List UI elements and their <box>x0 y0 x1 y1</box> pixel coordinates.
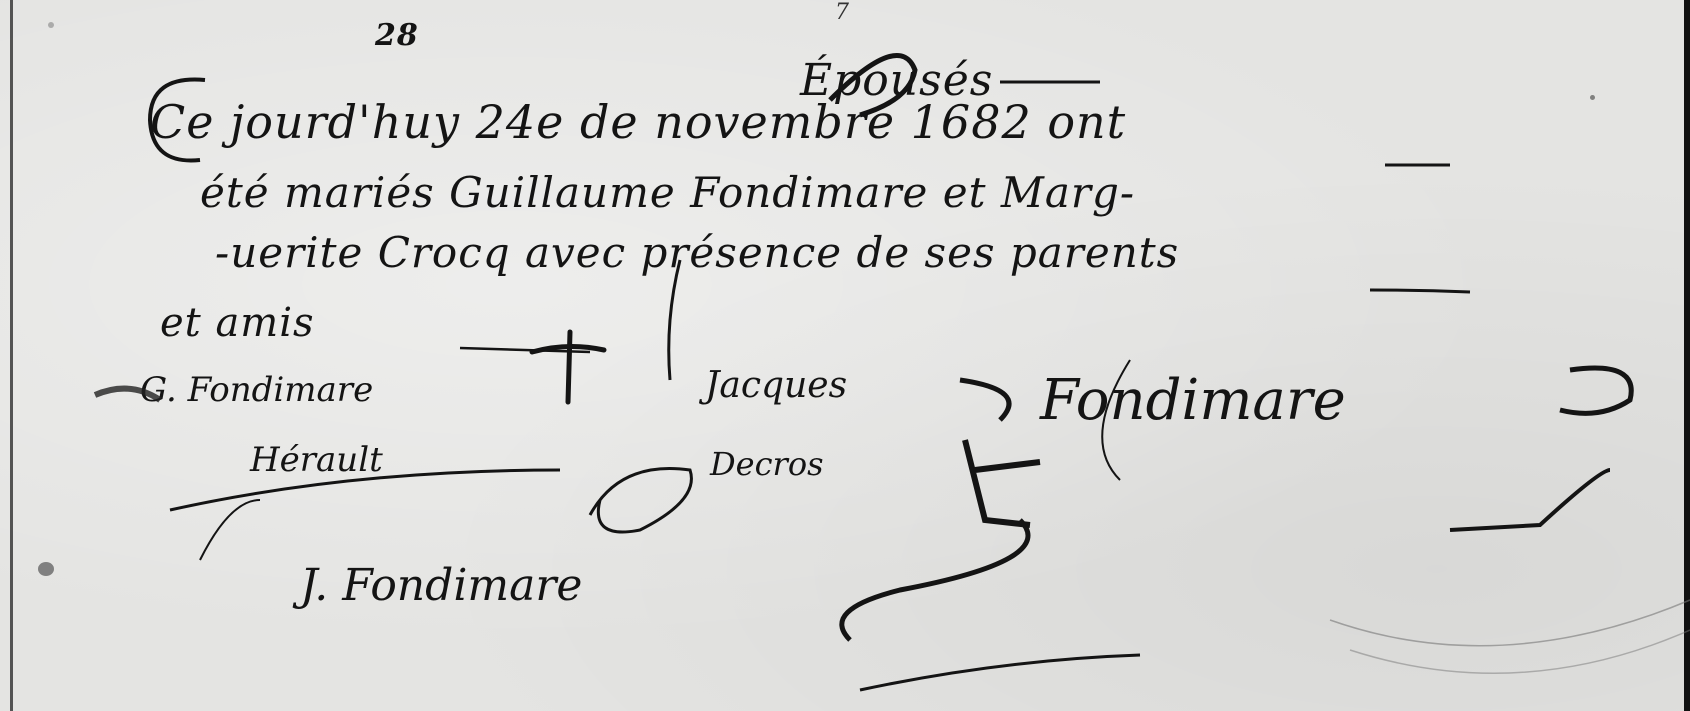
ink-stain <box>38 562 54 576</box>
cross-mark-icon <box>528 328 608 408</box>
entry-line-1: Ce jourd'huy 24e de novembre 1682 ont <box>150 95 1126 149</box>
entry-line-4: et amis <box>160 300 315 346</box>
signature-fondimare: Fondimare <box>1040 368 1346 433</box>
entry-line-3: -uerite Crocq avec présence de ses paren… <box>215 228 1179 277</box>
entry-line-2: été mariés Guillaume Fondimare et Marg- <box>200 168 1135 217</box>
signature-fondimare-j: J. Fondimare <box>300 560 582 611</box>
ink-speck <box>48 22 54 28</box>
signature-jacques: Jacques <box>705 365 847 406</box>
signature-fondimare-g: G. Fondimare <box>140 370 373 410</box>
page-edge <box>1684 0 1690 711</box>
margin-number: 7 <box>835 0 850 25</box>
margin-rule <box>10 0 13 711</box>
ink-speck <box>1590 95 1595 100</box>
signature-flourish: Hérault <box>250 440 383 480</box>
folio-mark: 28 <box>375 18 419 53</box>
document-page: 28 7 Épousés Ce jourd'huy 24e de novembr… <box>0 0 1690 711</box>
signature-decros: Decros <box>710 445 824 483</box>
